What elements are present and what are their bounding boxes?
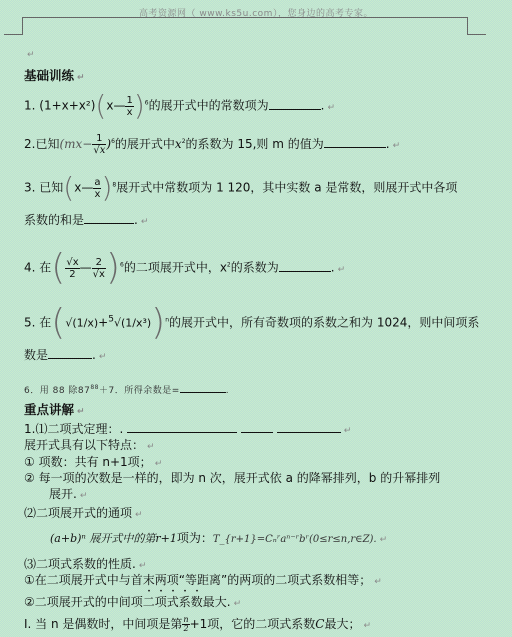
header-rule-top <box>22 17 468 18</box>
question-5-continued: 数是.↵ <box>24 346 106 365</box>
answer-blank[interactable] <box>279 259 331 272</box>
answer-blank[interactable] <box>84 211 134 224</box>
fraction: √x2 <box>65 257 79 280</box>
answer-blank[interactable] <box>48 346 92 359</box>
paragraph-mark: ↵ <box>27 50 35 60</box>
section-title-key-points: 重点讲解↵ <box>24 402 85 420</box>
question-4: 4. 在(√x2—2√x)6的二项展开式中，x2的系数为.↵ <box>24 250 345 286</box>
answer-blank[interactable] <box>241 420 273 433</box>
property-2: ②二项展开式的中间项二项式系数最大.↵ <box>24 588 241 612</box>
section-title-basic-training: 基础训练↵ <box>24 68 85 86</box>
general-term-formula: (a+b)ⁿ 展开式中的第r+1项为：T_{r+1}=Cₙʳaⁿ⁻ʳbʳ(0≤r… <box>50 530 387 548</box>
answer-blank[interactable] <box>277 420 341 433</box>
fraction: 1√x <box>92 133 106 156</box>
fraction: 1x <box>125 95 133 118</box>
even-n-case: I. 当 n 是偶数时，中间项是第n2+1项，它的二项式系数C最大；↵ <box>24 616 371 634</box>
answer-blank[interactable] <box>324 135 386 148</box>
feature-2: ② 每一项的次数是一样的，即为 n 次，展开式依 a 的降幂排列，b 的升幂排列 <box>24 470 440 486</box>
answer-blank[interactable] <box>180 383 226 393</box>
answer-blank[interactable] <box>269 97 321 110</box>
general-term-title: ⑵二项展开式的通项↵ <box>24 505 143 523</box>
answer-blank[interactable] <box>127 420 237 433</box>
fraction: n2 <box>182 616 189 633</box>
header-rule-right-foot <box>467 34 486 35</box>
question-3: 3. 已知(x—ax)8展开式中常数项为 1 120，其中实数 a 是常数，则展… <box>24 174 457 202</box>
question-1: 1. (1+x+x²)(x—1x)6的展开式中的常数项为.↵ <box>24 92 335 120</box>
question-2: 2.已知(mx−1√x)6的展开式中x2的系数为 15,则 m 的值为.↵ <box>24 133 400 156</box>
header-rule-right-vertical <box>467 17 468 34</box>
question-6: 6．用 88 除8788＋7．所得余数是=. <box>24 380 229 399</box>
question-5: 5. 在(√(1/x)+5√(1/x³))n的展开式中，所有奇数项的系数之和为 … <box>24 305 479 341</box>
fraction: 2√x <box>92 257 106 280</box>
features-label: 展开式具有以下特点：↵ <box>24 437 155 455</box>
header-rule-left-vertical <box>22 17 23 34</box>
question-3-continued: 系数的和是.↵ <box>24 211 148 230</box>
empty-paragraph: ↵ <box>24 45 35 63</box>
header-rule-left-foot <box>4 34 23 35</box>
feature-2-continued: 展开.↵ <box>24 486 87 504</box>
